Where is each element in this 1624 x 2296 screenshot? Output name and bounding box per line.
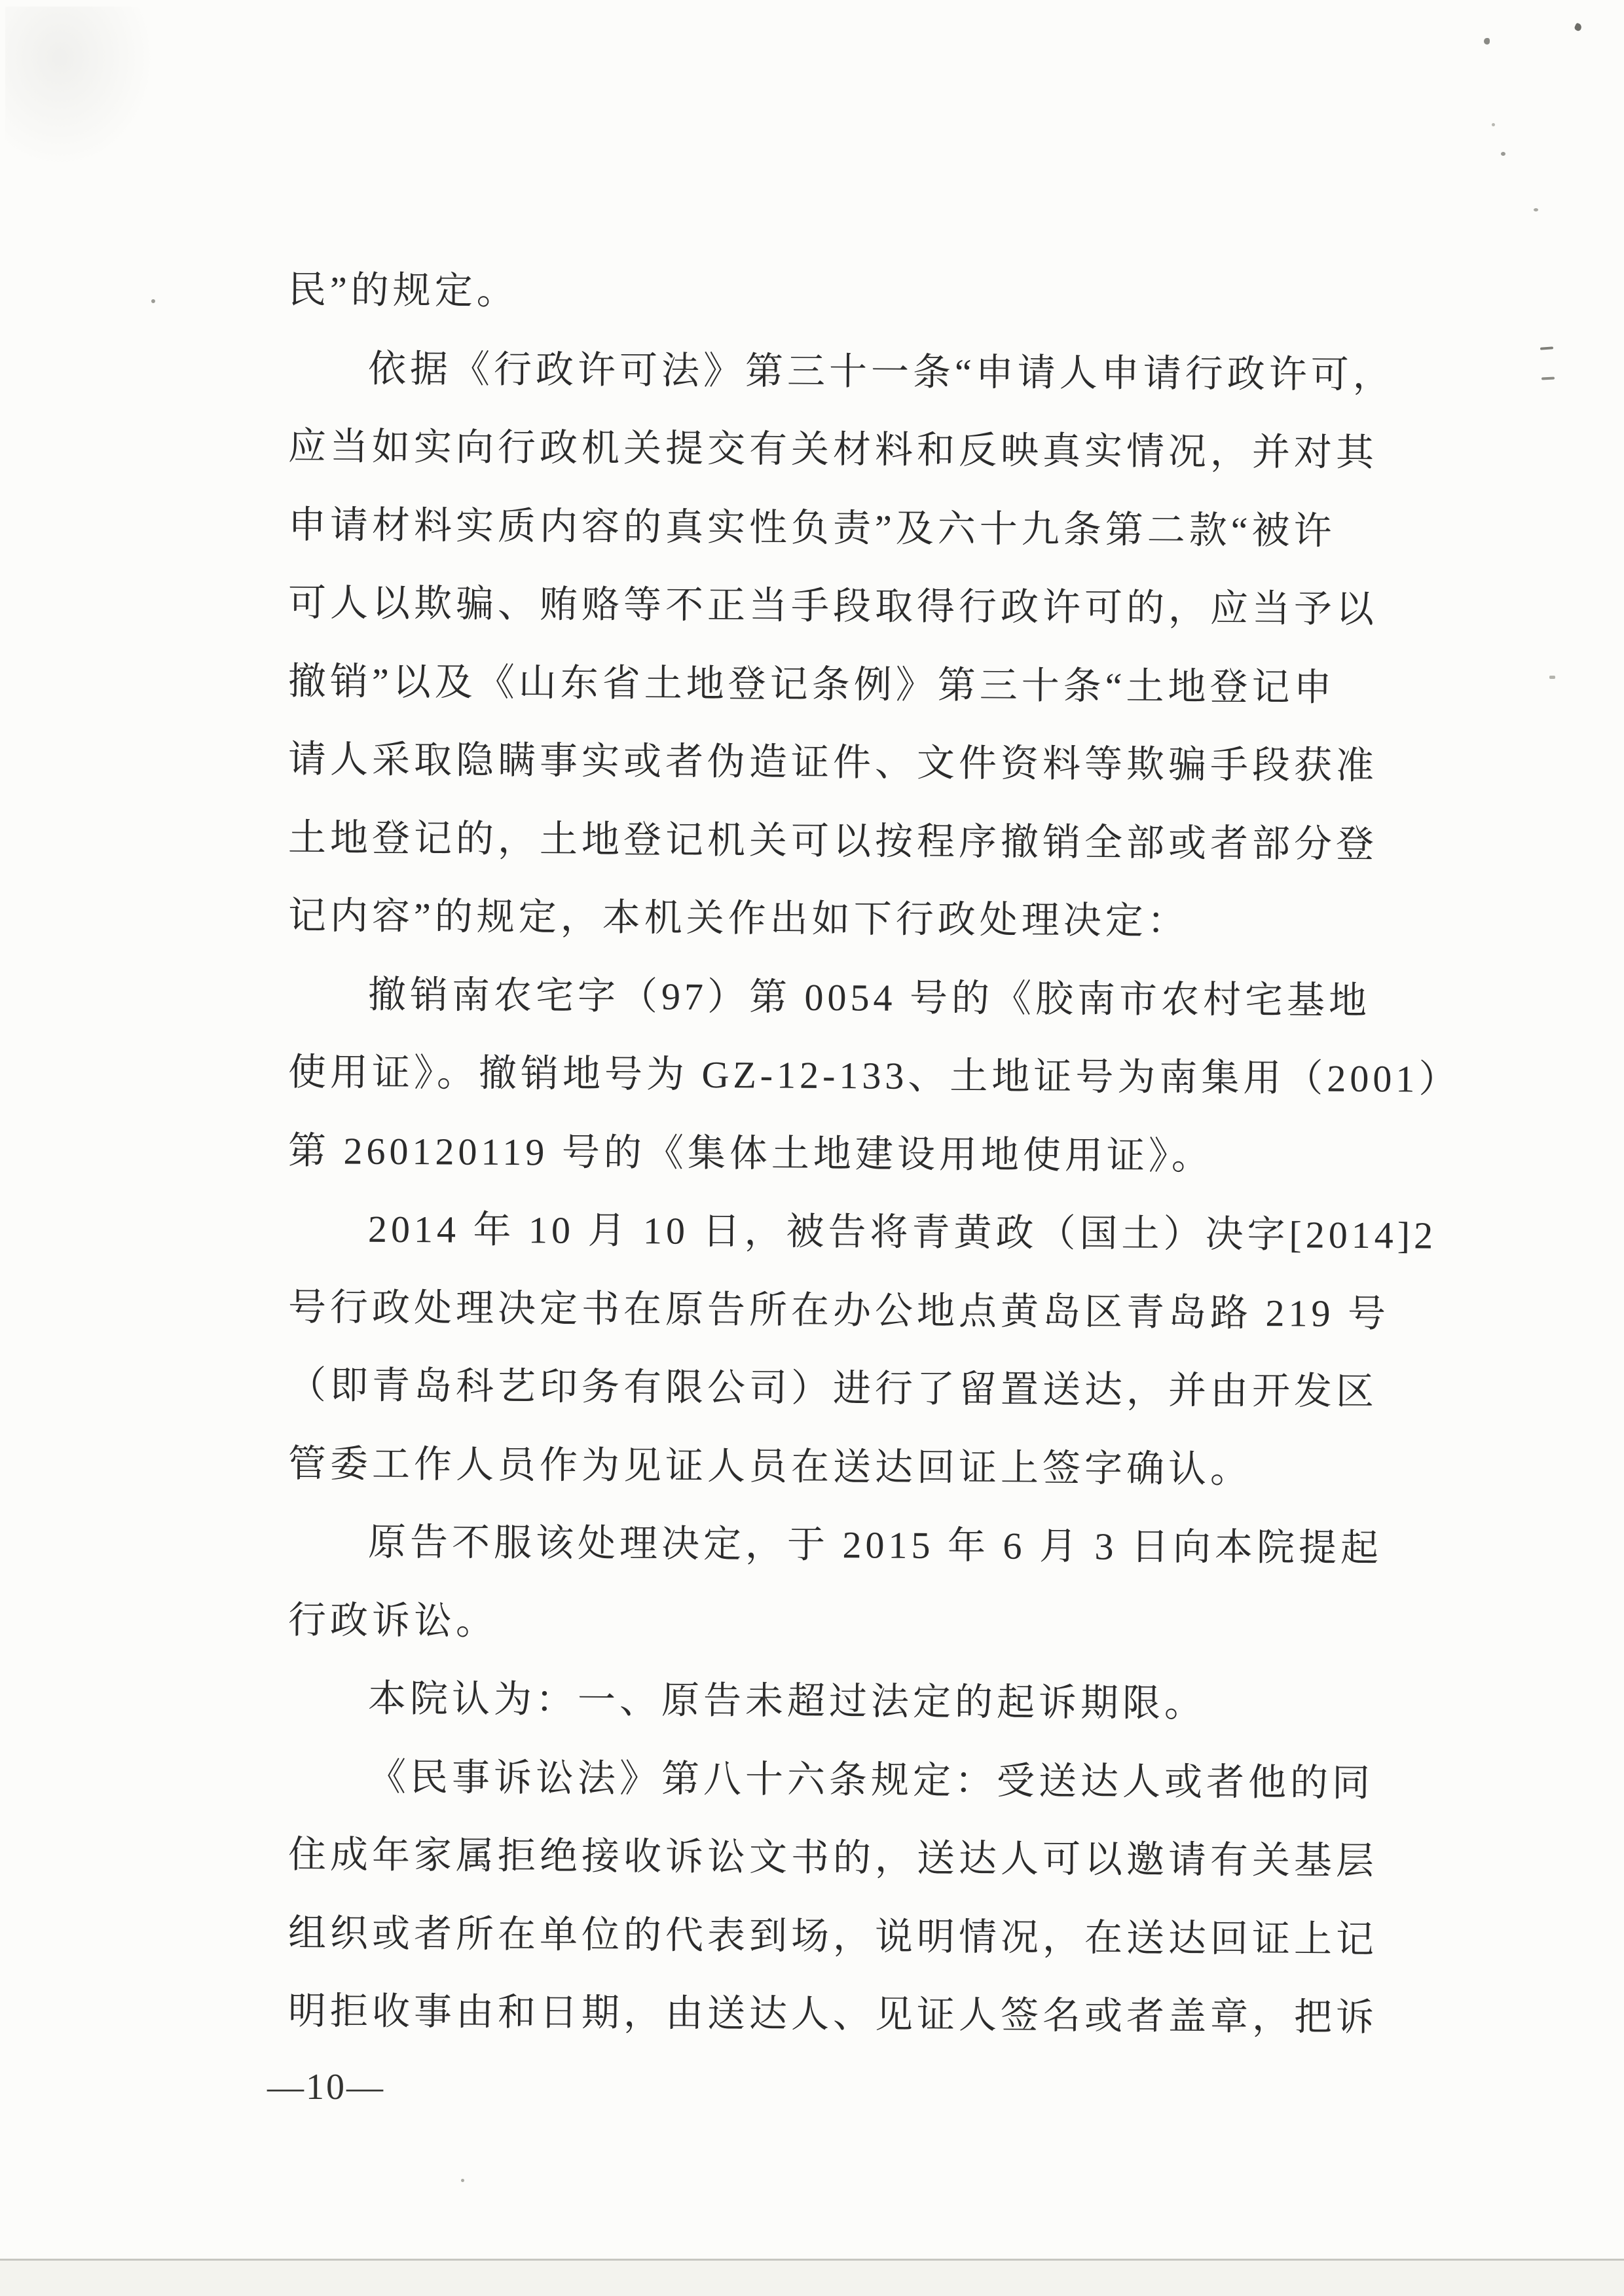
document-line: （即青岛科艺印务有限公司）进行了留置送达，并由开发区 [288,1346,1402,1431]
document-line: 本院认为：一、原告未超过法定的起诉期限。 [288,1659,1402,1744]
scan-speck-artifact [1541,376,1555,380]
document-line: 依据《行政许可法》第三十一条“申请人申请行政许可， [288,329,1402,414]
document-line: 申请材料实质内容的真实性负责”及六十九条第二款“被许 [288,486,1402,571]
document-line: 记内容”的规定，本机关作出如下行政处理决定： [288,877,1402,962]
scan-speck-artifact [1534,208,1538,211]
document-page: 民”的规定。依据《行政许可法》第三十一条“申请人申请行政许可，应当如实向行政机关… [0,0,1624,2296]
document-line: 住成年家属拒绝接收诉讼文书的，送达人可以邀请有关基层 [288,1815,1402,1901]
document-line: 管委工作人员作为见证人员在送达回证上签字确认。 [288,1425,1402,1510]
document-line: 号行政处理决定书在原告所在办公地点黄岛区青岛路 219 号 [288,1268,1402,1353]
document-line: 2014 年 10 月 10 日，被告将青黄政（国土）决字[2014]2 [288,1190,1402,1275]
document-line: 使用证》。撤销地号为 GZ-12-133、土地证号为南集用（2001） [288,1033,1402,1118]
document-line: 应当如实向行政机关提交有关材料和反映真实情况，并对其 [288,407,1402,492]
scan-speck-artifact [1549,676,1555,679]
document-line: 《民事诉讼法》第八十六条规定：受送达人或者他的同 [288,1738,1402,1823]
scan-edge-shadow [0,2261,1624,2296]
document-line: 土地登记的，土地登记机关可以按程序撤销全部或者部分登 [288,799,1402,884]
document-line: 可人以欺骗、贿赂等不正当手段取得行政许可的，应当予以 [288,564,1402,649]
scan-speck-artifact [1574,22,1583,31]
document-line: 行政诉讼。 [288,1581,1402,1666]
scan-speck-artifact [1540,346,1553,350]
document-line: 明拒收事由和日期，由送达人、见证人签名或者盖章，把诉 [288,1972,1402,2057]
page-number: —10— [267,2061,385,2113]
document-line: 原告不服该处理决定，于 2015 年 6 月 3 日向本院提起 [288,1503,1402,1588]
scan-speck-artifact [1492,123,1495,126]
document-body: 民”的规定。依据《行政许可法》第三十一条“申请人申请行政许可，应当如实向行政机关… [288,251,1401,2050]
document-line: 组织或者所在单位的代表到场，说明情况，在送达回证上记 [288,1894,1402,1979]
document-line: 请人采取隐瞒事实或者伪造证件、文件资料等欺骗手段获准 [288,720,1402,805]
document-line: 撤销南农宅字（97）第 0054 号的《胶南市农村宅基地 [288,955,1402,1040]
scan-speck-artifact [1501,152,1505,156]
scan-speck-artifact [1484,38,1490,45]
document-line: 民”的规定。 [288,251,1402,336]
scan-smudge-artifact [5,7,162,177]
document-line: 撤销”以及《山东省土地登记条例》第三十条“土地登记申 [288,642,1402,727]
scan-speck-artifact [151,299,155,303]
scan-speck-artifact [461,2179,464,2182]
document-line: 第 260120119 号的《集体土地建设用地使用证》。 [288,1112,1402,1197]
